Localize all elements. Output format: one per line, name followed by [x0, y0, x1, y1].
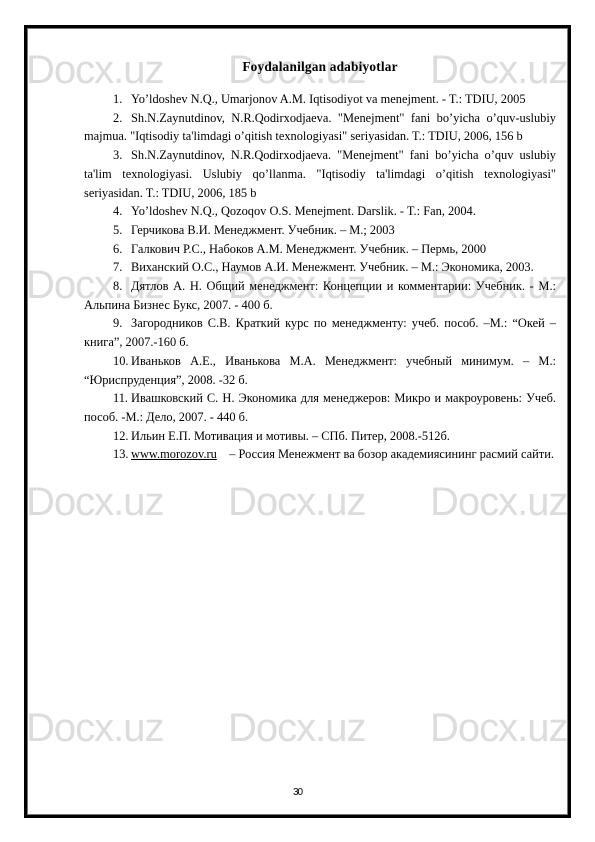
- reference-number: 11.: [113, 389, 131, 408]
- reference-number: 4.: [113, 202, 131, 221]
- document-body: Foydalanilgan adabiyotlar 1.Yo’ldoshev N…: [84, 56, 556, 464]
- reference-number: 8.: [113, 277, 131, 296]
- reference-number: 9.: [113, 314, 131, 333]
- reference-text: Дятлов А. Н. Общий менеджмент: Концепции…: [84, 279, 556, 312]
- reference-text: Загородников С.В. Краткий курс по менедж…: [84, 316, 556, 349]
- reference-text: Yo’ldoshev N.Q., Umarjonov A.M. Iqtisodi…: [131, 92, 526, 106]
- reference-text: Иваньков А.Е., Иванькова М.А. Менеджмент…: [84, 354, 556, 387]
- reference-number: 7.: [113, 258, 131, 277]
- reference-number: 13.: [113, 445, 131, 464]
- reference-item: 9.Загородников С.В. Краткий курс по мене…: [84, 314, 556, 351]
- reference-number: 6.: [113, 240, 131, 259]
- reference-text: Ильин Е.П. Мотивация и мотивы. – СПб. Пи…: [131, 429, 450, 443]
- page-title: Foydalanilgan adabiyotlar: [84, 56, 556, 78]
- reference-item: 6.Галкович Р.С., Набоков А.М. Менеджмент…: [84, 240, 556, 259]
- reference-item: 10.Иваньков А.Е., Иванькова М.А. Менеджм…: [84, 352, 556, 389]
- reference-number: 1.: [113, 90, 131, 109]
- reference-item: 5.Герчикова В.И. Менеджмент. Учебник. – …: [84, 221, 556, 240]
- page-number: 30: [0, 787, 595, 798]
- reference-text: Ивашковский С. Н. Экономика для менеджер…: [84, 391, 556, 424]
- reference-number: 2.: [113, 109, 131, 128]
- reference-item: 7.Виханский О.С., Наумов А.И. Менежмент.…: [84, 258, 556, 277]
- reference-list: 1.Yo’ldoshev N.Q., Umarjonov A.M. Iqtiso…: [84, 90, 556, 464]
- reference-number: 12.: [113, 427, 131, 446]
- reference-item: 2.Sh.N.Zaynutdinov, N.R.Qodirxodjaeva. "…: [84, 109, 556, 146]
- reference-link[interactable]: www.morozov.ru: [131, 447, 217, 461]
- reference-item: 4.Yo’ldoshev N.Q., Qozoqov O.S. Menejmen…: [84, 202, 556, 221]
- reference-text: Yo’ldoshev N.Q., Qozoqov O.S. Menejment.…: [131, 204, 476, 218]
- reference-item: 3.Sh.N.Zaynutdinov, N.R.Qodirxodjaeva. "…: [84, 146, 556, 202]
- reference-number: 5.: [113, 221, 131, 240]
- reference-text: Галкович Р.С., Набоков А.М. Менеджмент. …: [131, 242, 486, 256]
- reference-item: 1.Yo’ldoshev N.Q., Umarjonov A.M. Iqtiso…: [84, 90, 556, 109]
- reference-text: – Россия Менежмент ва бозор академиясини…: [217, 447, 554, 461]
- reference-number: 3.: [113, 146, 131, 165]
- reference-text: Герчикова В.И. Менеджмент. Учебник. – М.…: [131, 223, 395, 237]
- reference-item: 8.Дятлов А. Н. Общий менеджмент: Концепц…: [84, 277, 556, 314]
- reference-text: Sh.N.Zaynutdinov, N.R.Qodirxodjaeva. "Me…: [84, 111, 556, 144]
- reference-number: 10.: [113, 352, 131, 371]
- reference-item: 12.Ильин Е.П. Мотивация и мотивы. – СПб.…: [84, 427, 556, 446]
- reference-text: Sh.N.Zaynutdinov, N.R.Qodirxodjaeva. "Me…: [84, 148, 556, 199]
- reference-item: 11.Ивашковский С. Н. Экономика для менед…: [84, 389, 556, 426]
- reference-item: 13.www.morozov.ru – Россия Менежмент ва …: [84, 445, 556, 464]
- reference-text: Виханский О.С., Наумов А.И. Менежмент. У…: [131, 260, 534, 274]
